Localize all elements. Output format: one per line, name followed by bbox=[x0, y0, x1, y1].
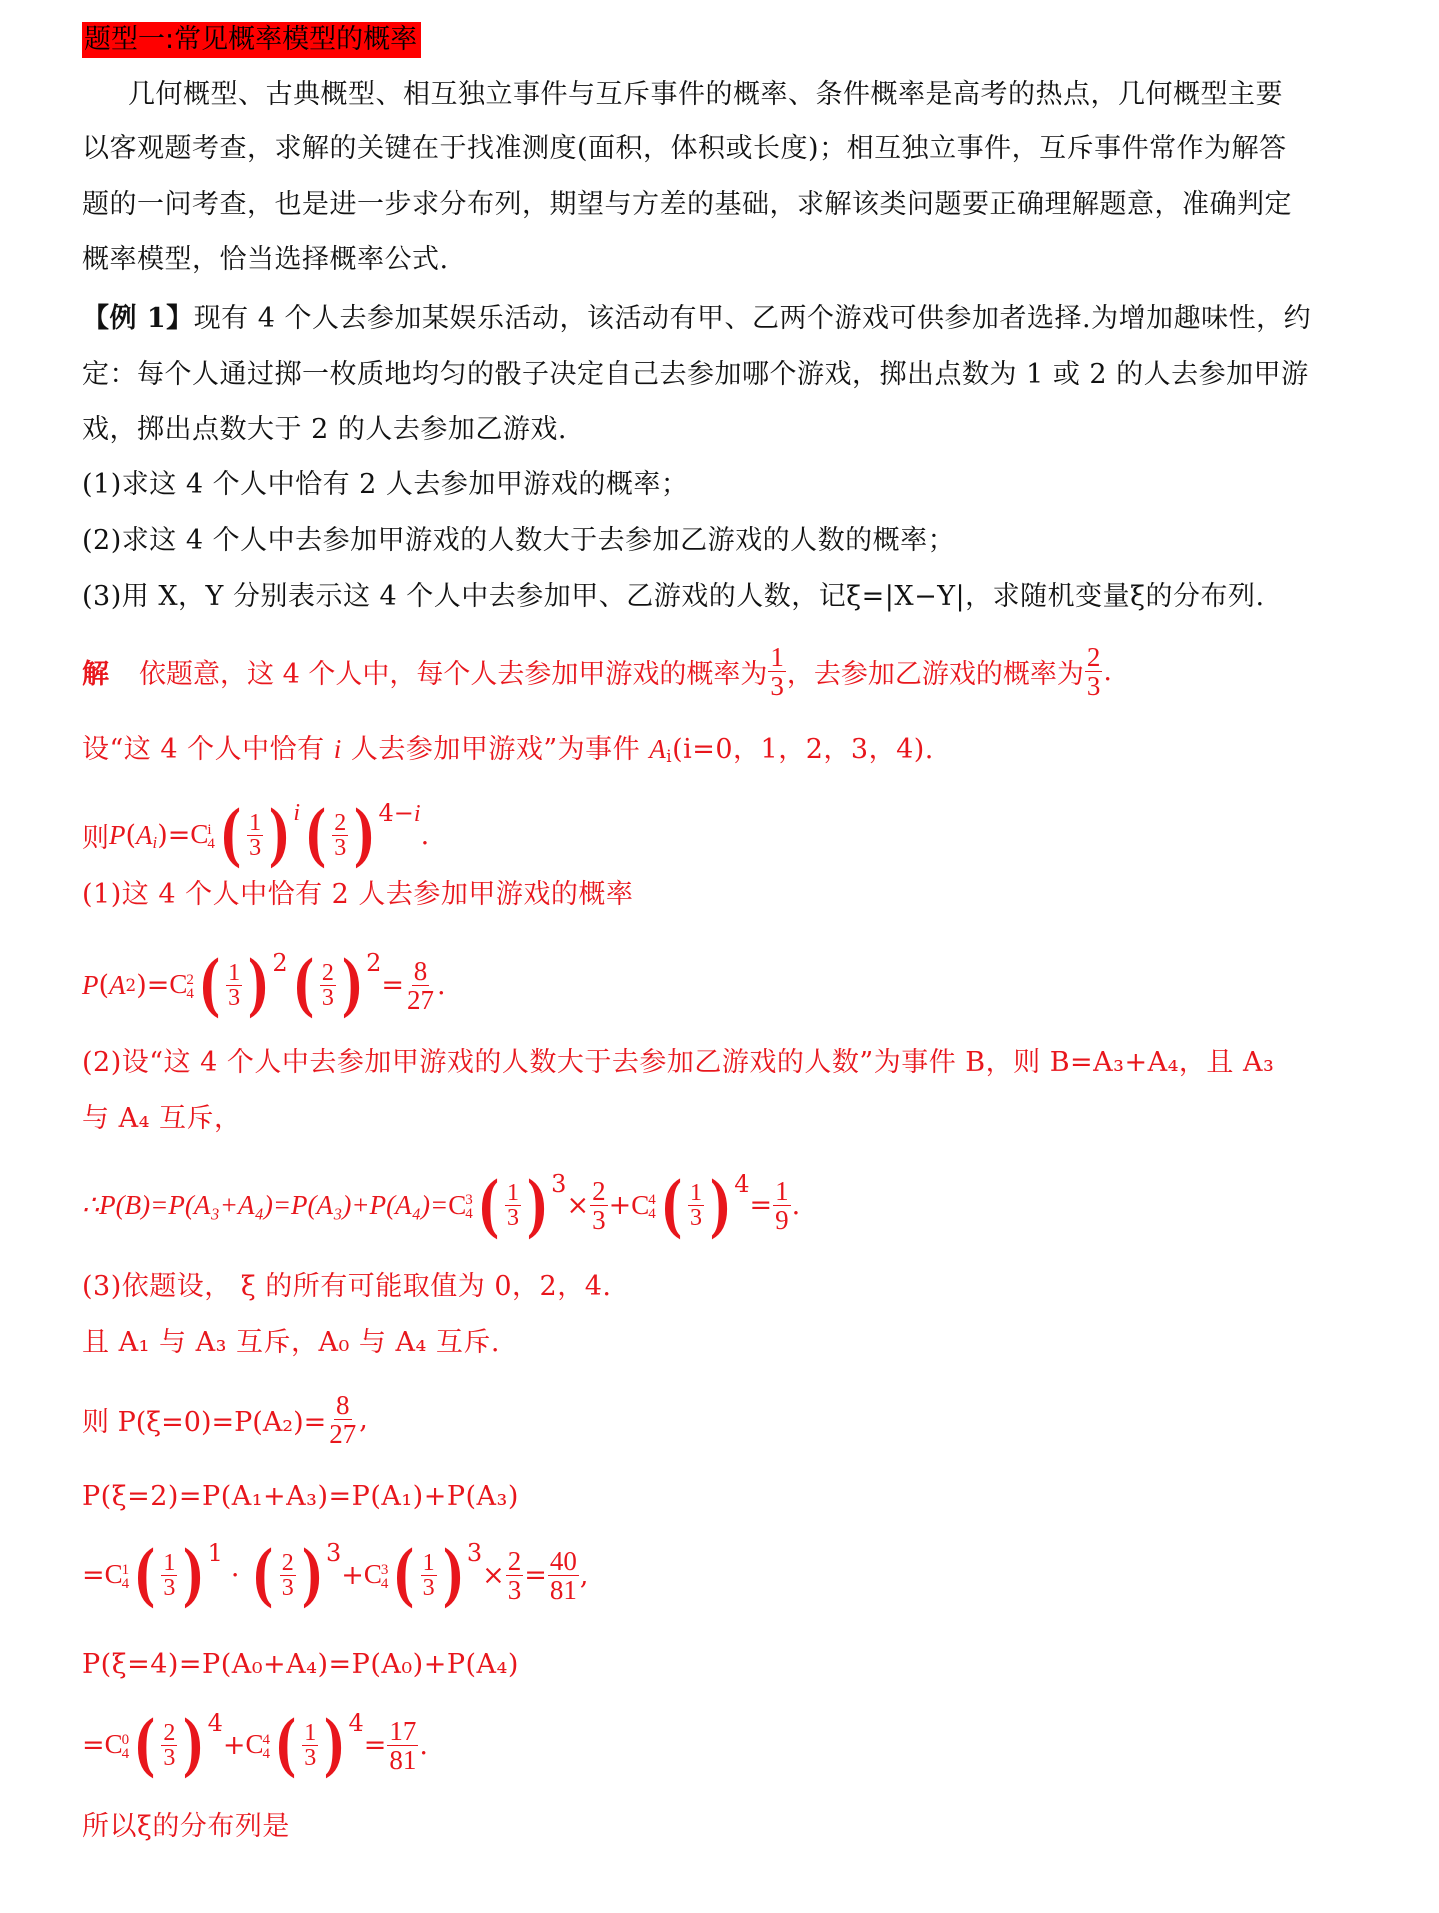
formula-p-ai: 则 P(Ai)=Ci4 (13)i (23)4−i. bbox=[82, 790, 429, 880]
formula-p-xi-0: 则 P(ξ=0)=P(A₂)= 827, bbox=[82, 1384, 368, 1454]
example-label: 【例 1】 bbox=[82, 303, 194, 334]
formula-p-xi-4: P(ξ=4)=P(A₀+A₄)=P(A₀)+P(A₄) bbox=[82, 1648, 519, 1682]
solution-line-2: 设“这 4 个人中恰有 i 人去参加甲游戏”为事件 Ai(i=0，1，2，3，4… bbox=[82, 732, 934, 767]
solution-line-1: 解 依题意，这 4 个人中，每个人去参加甲游戏的概率为 13 ，去参加乙游戏的概… bbox=[82, 636, 1112, 706]
formula-p-b: ∴P(B)=P(A₃+A₄)=P(A₃)+P(A₄)=C34 (13)3× 23… bbox=[82, 1158, 800, 1253]
formula-p-xi-4-calc: =C04 (23)4 +C44 (13)4= 1781. bbox=[82, 1700, 428, 1790]
intro-line: 几何概型、古典概型、相互独立事件与互斥事件的概率、条件概率是高考的热点，几何概型… bbox=[128, 78, 1283, 112]
fraction-one-third: 13 bbox=[768, 643, 786, 700]
part3-line-b: 且 A₁ 与 A₃ 互斥，A₀ 与 A₄ 互斥. bbox=[82, 1326, 500, 1360]
result-40-81: 4081 bbox=[548, 1547, 579, 1604]
part1-text: (1)这 4 个人中恰有 2 人去参加甲游戏的概率 bbox=[82, 878, 633, 912]
section-title: 题型一:常见概率模型的概率 bbox=[82, 22, 421, 58]
part3-line-a: (3)依题设， ξ 的所有可能取值为 0，2，4. bbox=[82, 1270, 611, 1304]
example-line: 定：每个人通过掷一枚质地均匀的骰子决定自己去参加哪个游戏，掷出点数为 1 或 2… bbox=[82, 358, 1309, 392]
example-text: 现有 4 个人去参加某娱乐活动，该活动有甲、乙两个游戏可供参加者选择.为增加趣味… bbox=[194, 303, 1311, 334]
part2-line-b: 与 A₄ 互斥， bbox=[82, 1102, 242, 1136]
solution-text: ，去参加乙游戏的概率为 bbox=[787, 652, 1084, 691]
part2-line-a: (2)设“这 4 个人中去参加甲游戏的人数大于去参加乙游戏的人数”为事件 B，则… bbox=[82, 1046, 1274, 1080]
question-1: (1)求这 4 个人中恰有 2 人去参加甲游戏的概率； bbox=[82, 468, 688, 502]
intro-line: 题的一问考查，也是进一步求分布列，期望与方差的基础，求解该类问题要正确理解题意，… bbox=[82, 188, 1292, 222]
question-2: (2)求这 4 个人中去参加甲游戏的人数大于去参加乙游戏的人数的概率； bbox=[82, 524, 955, 558]
intro-line: 以客观题考查，求解的关键在于找准测度(面积，体积或长度)；相互独立事件，互斥事件… bbox=[82, 132, 1287, 166]
result-17-81: 1781 bbox=[387, 1717, 418, 1774]
solution-label: 解 bbox=[82, 652, 109, 691]
result-8-27: 827 bbox=[405, 957, 436, 1014]
example-line: 戏，掷出点数大于 2 的人去参加乙游戏. bbox=[82, 413, 567, 447]
result-1-9: 19 bbox=[773, 1177, 791, 1234]
fraction-two-thirds: 23 bbox=[1085, 643, 1103, 700]
formula-p-a2: P(A2)=C24 (13)2 (23)2= 827. bbox=[82, 940, 446, 1030]
result-8-27: 827 bbox=[327, 1391, 358, 1448]
solution-text: 依题意，这 4 个人中，每个人去参加甲游戏的概率为 bbox=[139, 652, 767, 691]
question-3: (3)用 X，Y 分别表示这 4 个人中去参加甲、乙游戏的人数，记ξ=|X−Y|… bbox=[82, 580, 1265, 614]
formula-p-xi-2: P(ξ=2)=P(A₁+A₃)=P(A₁)+P(A₃) bbox=[82, 1480, 519, 1514]
formula-p-xi-2-calc: =C14 (13)1 · (23)3 +C34 (13)3× 23= 4081, bbox=[82, 1530, 588, 1620]
intro-line: 概率模型，恰当选择概率公式. bbox=[82, 243, 449, 277]
example-line: 【例 1】现有 4 个人去参加某娱乐活动，该活动有甲、乙两个游戏可供参加者选择.… bbox=[82, 302, 1311, 336]
conclusion: 所以ξ的分布列是 bbox=[82, 1810, 290, 1844]
